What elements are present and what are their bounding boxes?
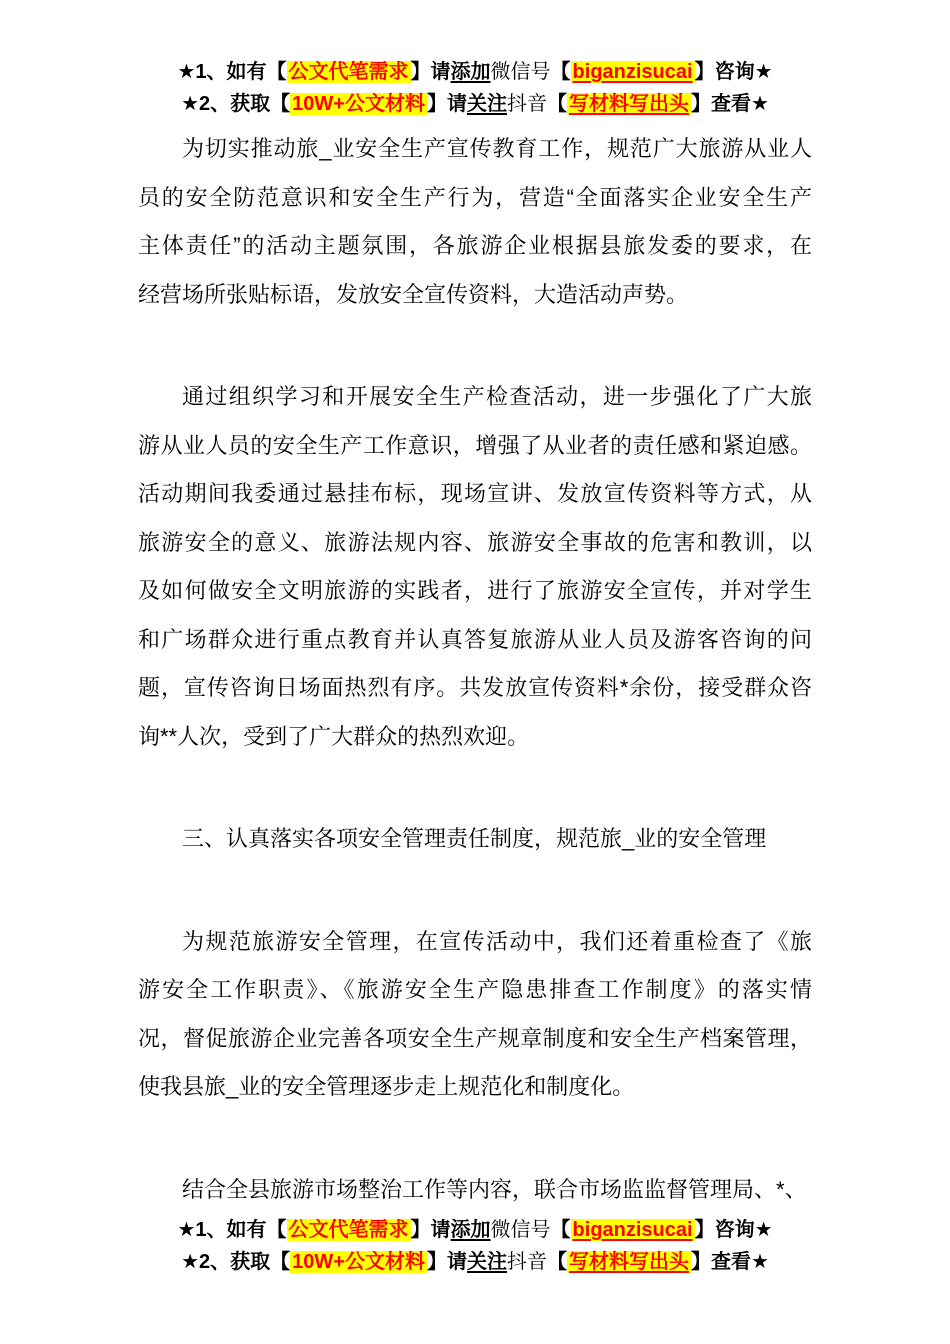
text-line: 结合全县旅游市场整治工作等内容，联合市场监监督管理局、*、: [138, 1166, 812, 1215]
promo-segment: 】咨询★: [695, 61, 773, 83]
promo-segment: 微信号: [491, 1219, 551, 1241]
document-page: ★1、如有【公文代笔需求】请添加微信号【biganzisucai】咨询★★2、获…: [0, 0, 950, 1344]
promo-segment: 】查看★: [691, 1251, 769, 1273]
text-line: 况，督促旅游企业完善各项安全生产规章制度和安全生产档案管理，: [138, 1015, 812, 1064]
text-line: 旅游安全的意义、旅游法规内容、旅游安全事故的危害和教训，以: [138, 519, 812, 568]
promo-segment: 】请: [427, 93, 467, 115]
text-line: 游安全工作职责》、《旅游安全生产隐患排查工作制度》的落实情: [138, 966, 812, 1015]
text-line: 主体责任”的活动主题氛围，各旅游企业根据县旅发委的要求，在: [138, 222, 812, 271]
text-line: 员的安全防范意识和安全生产行为，营造“全面落实企业安全生产: [138, 174, 812, 223]
promo-segment: ★1、如有【: [177, 1219, 286, 1241]
paragraph: 为切实推动旅_业安全生产宣传教育工作，规范广大旅游从业人员的安全防范意识和安全生…: [138, 125, 812, 319]
text-line: 及如何做安全文明旅游的实践者，进行了旅游安全宣传，并对学生: [138, 567, 812, 616]
text-line: 活动期间我委通过悬挂布标，现场宣讲、发放宣传资料等方式，从: [138, 470, 812, 519]
promo-line: ★1、如有【公文代笔需求】请添加微信号【biganzisucai】咨询★: [0, 56, 950, 88]
promo-segment: ★1、如有【: [177, 61, 286, 83]
text-line: 为切实推动旅_业安全生产宣传教育工作，规范广大旅游从业人: [138, 125, 812, 174]
document-body: 为切实推动旅_业安全生产宣传教育工作，规范广大旅游从业人员的安全防范意识和安全生…: [138, 125, 812, 1214]
promo-segment: 抖音: [507, 1251, 547, 1273]
promo-segment: 】请: [411, 1219, 451, 1241]
paragraph: 为规范旅游安全管理，在宣传活动中，我们还着重检查了《旅游安全工作职责》、《旅游安…: [138, 918, 812, 1112]
promo-segment: ★2、获取【: [181, 1251, 290, 1273]
promo-segment: 公文代笔需求: [287, 61, 411, 83]
promo-line: ★2、获取【10W+公文材料】请关注抖音【写材料写出头】查看★: [0, 88, 950, 120]
promo-segment: 添加: [451, 1219, 491, 1241]
text-line: 游从业人员的安全生产工作意识，增强了从业者的责任感和紧迫感。: [138, 422, 812, 471]
promo-segment: 10W+公文材料: [290, 1251, 427, 1273]
promo-segment: 】查看★: [691, 93, 769, 115]
text-line: 和广场群众进行重点教育并认真答复旅游从业人员及游客咨询的问: [138, 616, 812, 665]
promo-segment: 公文代笔需求: [287, 1219, 411, 1241]
promo-segment: 】咨询★: [695, 1219, 773, 1241]
text-line: 三、认真落实各项安全管理责任制度，规范旅_业的安全管理: [138, 815, 812, 864]
promo-footer: ★1、如有【公文代笔需求】请添加微信号【biganzisucai】咨询★★2、获…: [0, 1214, 950, 1278]
promo-segment: 写材料写出头: [567, 1251, 691, 1273]
text-line: 使我县旅_业的安全管理逐步走上规范化和制度化。: [138, 1063, 812, 1112]
text-line: 询**人次，受到了广大群众的热烈欢迎。: [138, 713, 812, 762]
promo-segment: 抖音: [507, 93, 547, 115]
promo-segment: 【: [551, 61, 571, 83]
promo-line: ★1、如有【公文代笔需求】请添加微信号【biganzisucai】咨询★: [0, 1214, 950, 1246]
text-line: 为规范旅游安全管理，在宣传活动中，我们还着重检查了《旅: [138, 918, 812, 967]
paragraph: 结合全县旅游市场整治工作等内容，联合市场监监督管理局、*、: [138, 1166, 812, 1215]
promo-segment: 微信号: [491, 61, 551, 83]
promo-segment: ★2、获取【: [181, 93, 290, 115]
promo-segment: biganzisucai: [571, 1219, 695, 1241]
promo-segment: 10W+公文材料: [290, 93, 427, 115]
promo-segment: 写材料写出头: [567, 93, 691, 115]
promo-line: ★2、获取【10W+公文材料】请关注抖音【写材料写出头】查看★: [0, 1246, 950, 1278]
promo-header: ★1、如有【公文代笔需求】请添加微信号【biganzisucai】咨询★★2、获…: [0, 56, 950, 120]
text-line: 通过组织学习和开展安全生产检查活动，进一步强化了广大旅: [138, 373, 812, 422]
paragraph: 通过组织学习和开展安全生产检查活动，进一步强化了广大旅游从业人员的安全生产工作意…: [138, 373, 812, 761]
promo-segment: 关注: [467, 93, 507, 115]
text-line: 题，宣传咨询日场面热烈有序。共发放宣传资料*余份，接受群众咨: [138, 664, 812, 713]
promo-segment: 添加: [451, 61, 491, 83]
promo-segment: 】请: [411, 61, 451, 83]
section-heading: 三、认真落实各项安全管理责任制度，规范旅_业的安全管理: [138, 815, 812, 864]
promo-segment: biganzisucai: [571, 61, 695, 83]
promo-segment: 【: [547, 93, 567, 115]
text-line: 经营场所张贴标语，发放安全宣传资料，大造活动声势。: [138, 271, 812, 320]
promo-segment: 】请: [427, 1251, 467, 1273]
promo-segment: 【: [551, 1219, 571, 1241]
promo-segment: 关注: [467, 1251, 507, 1273]
promo-segment: 【: [547, 1251, 567, 1273]
